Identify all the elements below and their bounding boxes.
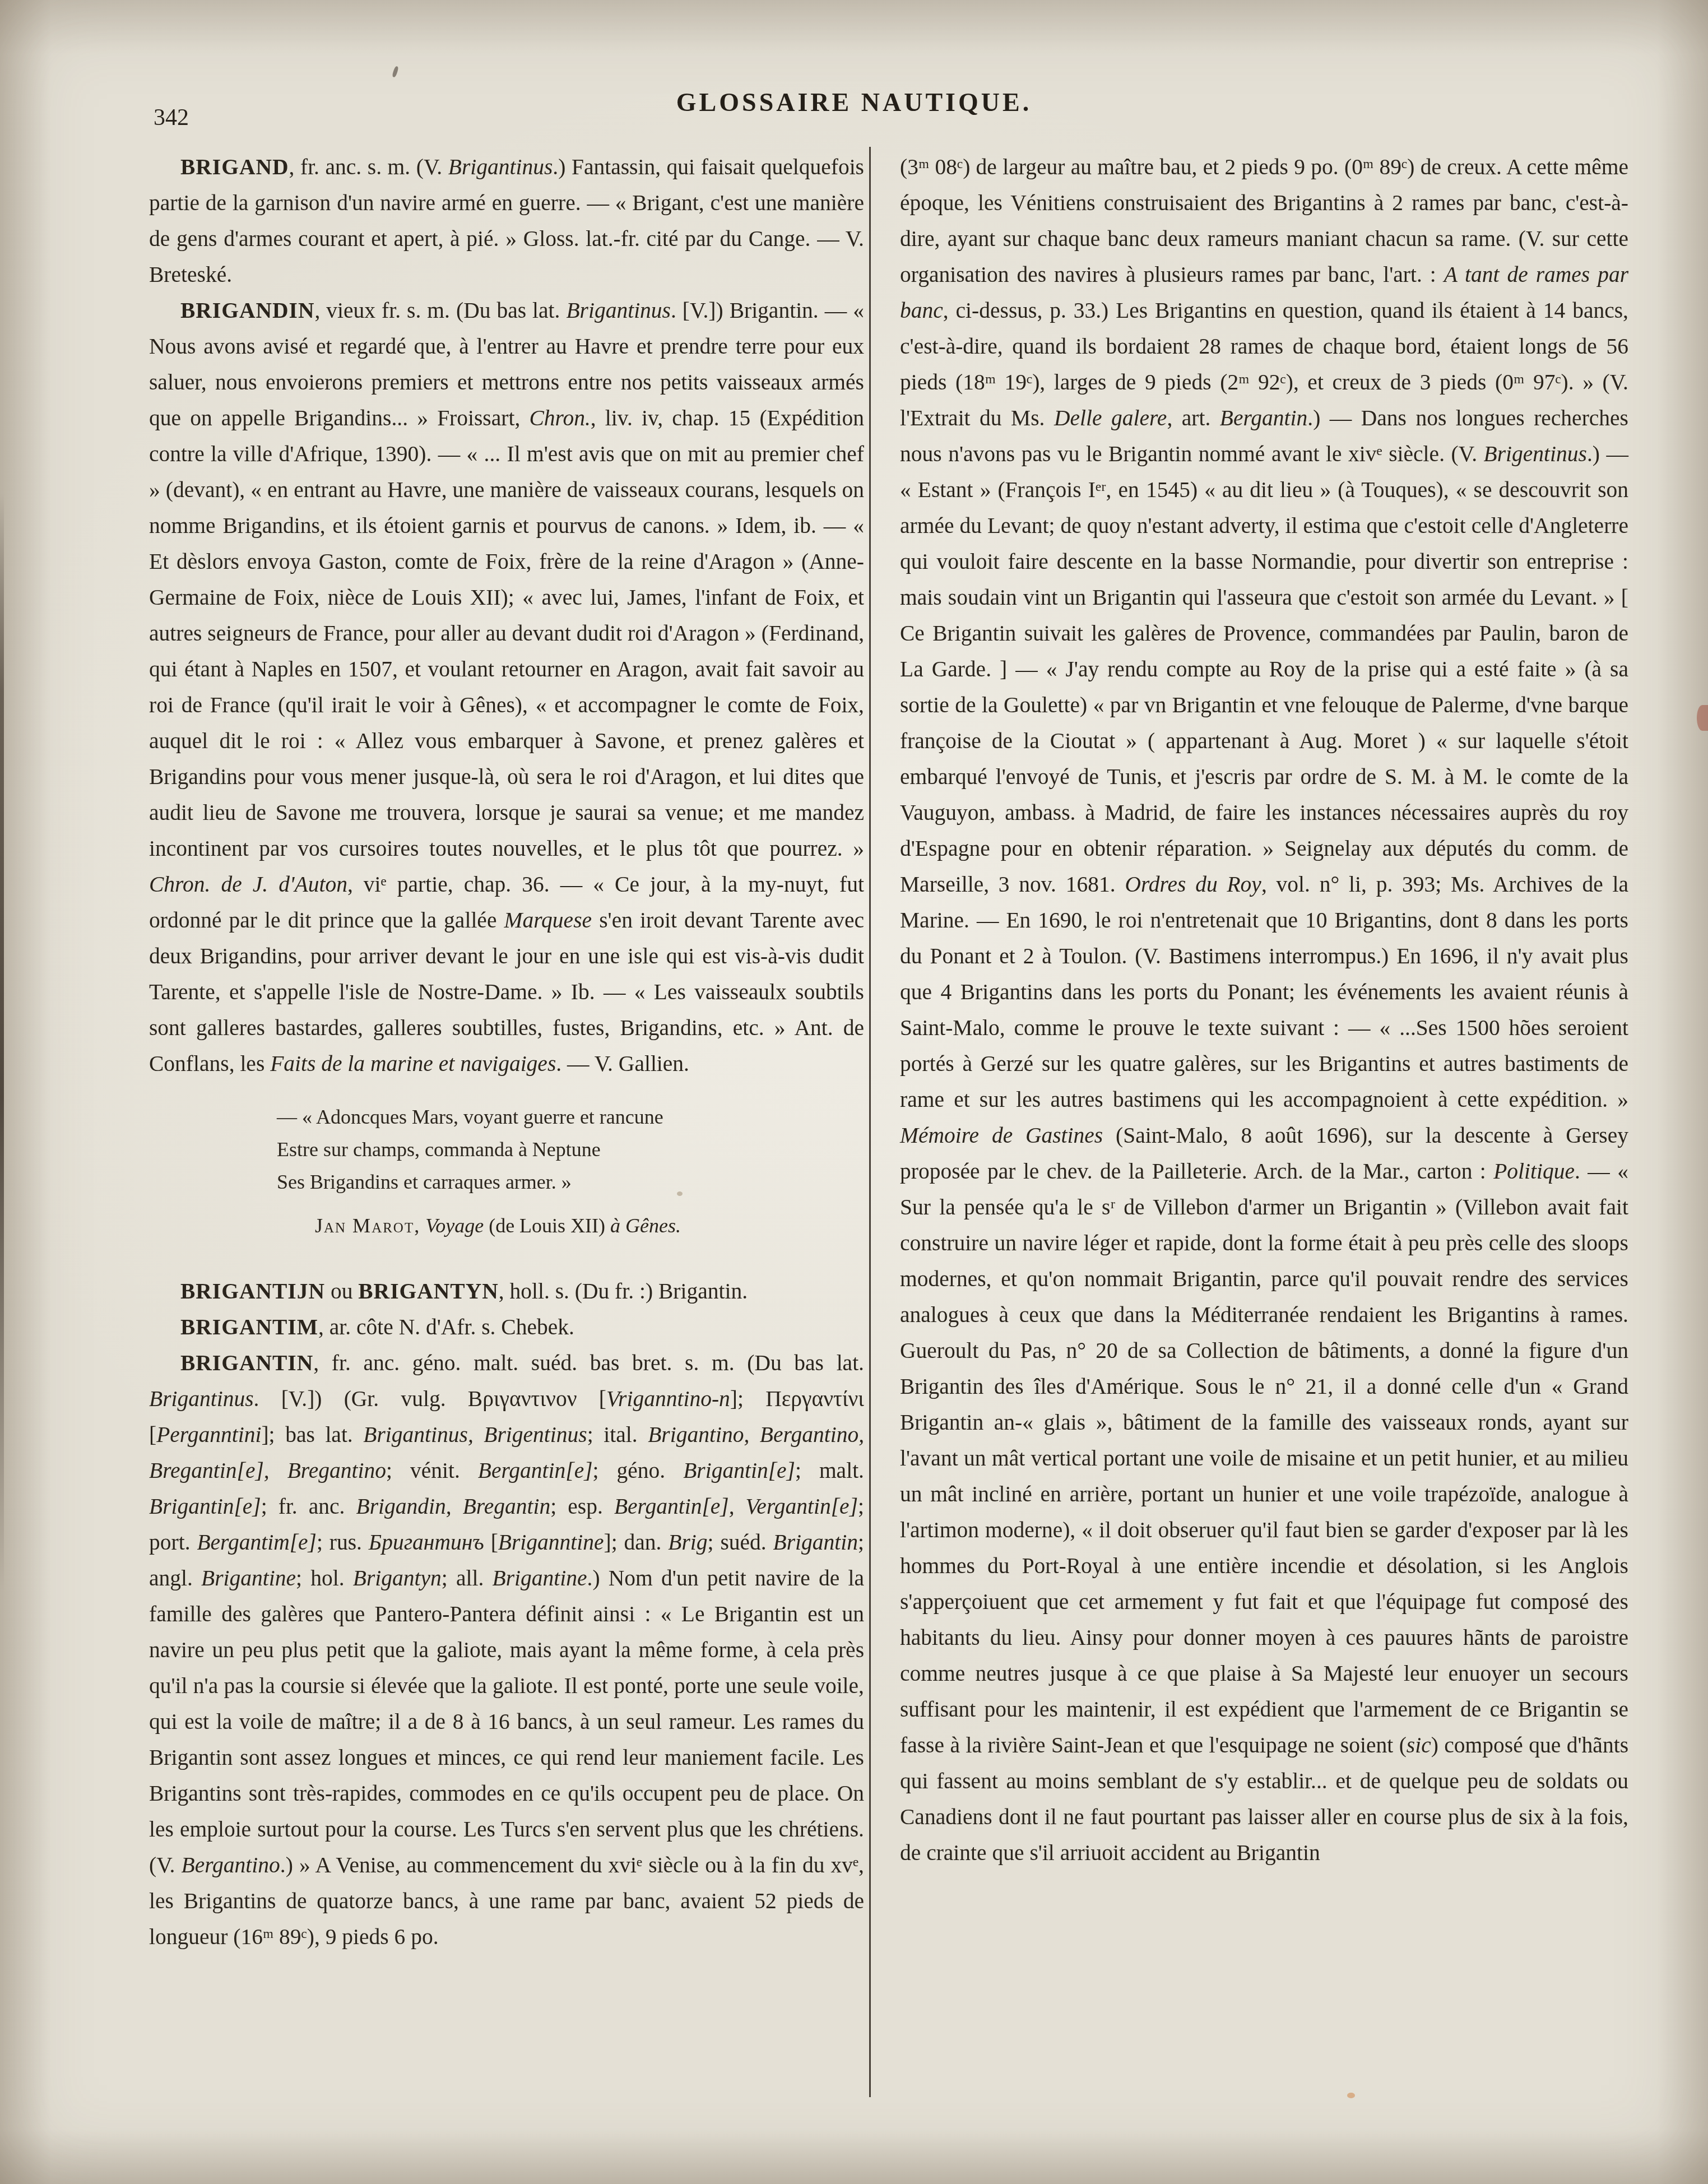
scan-edge-shadow (0, 493, 4, 1592)
stain (392, 66, 399, 77)
column-divider (869, 147, 871, 2097)
entry-paragraph: BRIGANTIM, ar. côte N. d'Afr. s. Chebek. (149, 1309, 864, 1345)
verse-quote: — « Adoncques Mars, voyant guerre et ran… (277, 1101, 864, 1198)
page-title: GLOSSAIRE NAUTIQUE. (0, 87, 1708, 117)
left-column: BRIGAND, fr. anc. s. m. (V. Brigantinus.… (149, 149, 864, 1955)
scanned-dictionary-page: 342 GLOSSAIRE NAUTIQUE. BRIGAND, fr. anc… (0, 0, 1708, 2184)
stain (1697, 705, 1708, 731)
author-smallcaps: Jan Marot, (315, 1214, 420, 1237)
continuation-paragraph: (3ᵐ 08ᶜ) de largeur au maître bau, et 2 … (900, 149, 1628, 1871)
verse-line: Estre sur champs, commanda à Neptune (277, 1133, 864, 1166)
stain (1347, 2093, 1355, 2098)
right-column: (3ᵐ 08ᶜ) de largeur au maître bau, et 2 … (900, 149, 1628, 1871)
stain (677, 1191, 683, 1196)
entry-paragraph: BRIGANTIJN ou BRIGANTYN, holl. s. (Du fr… (149, 1273, 864, 1309)
citation-signature: Jan Marot, Voyage (de Louis XII) à Gênes… (315, 1209, 864, 1242)
verse-line: Ses Brigandins et carraques armer. » (277, 1166, 864, 1198)
verse-line: — « Adoncques Mars, voyant guerre et ran… (277, 1101, 864, 1133)
entry-paragraph: BRIGAND, fr. anc. s. m. (V. Brigantinus.… (149, 149, 864, 293)
entry-paragraph: BRIGANDIN, vieux fr. s. m. (Du bas lat. … (149, 293, 864, 1082)
entry-paragraph: BRIGANTIN, fr. anc. géno. malt. suéd. ba… (149, 1345, 864, 1955)
